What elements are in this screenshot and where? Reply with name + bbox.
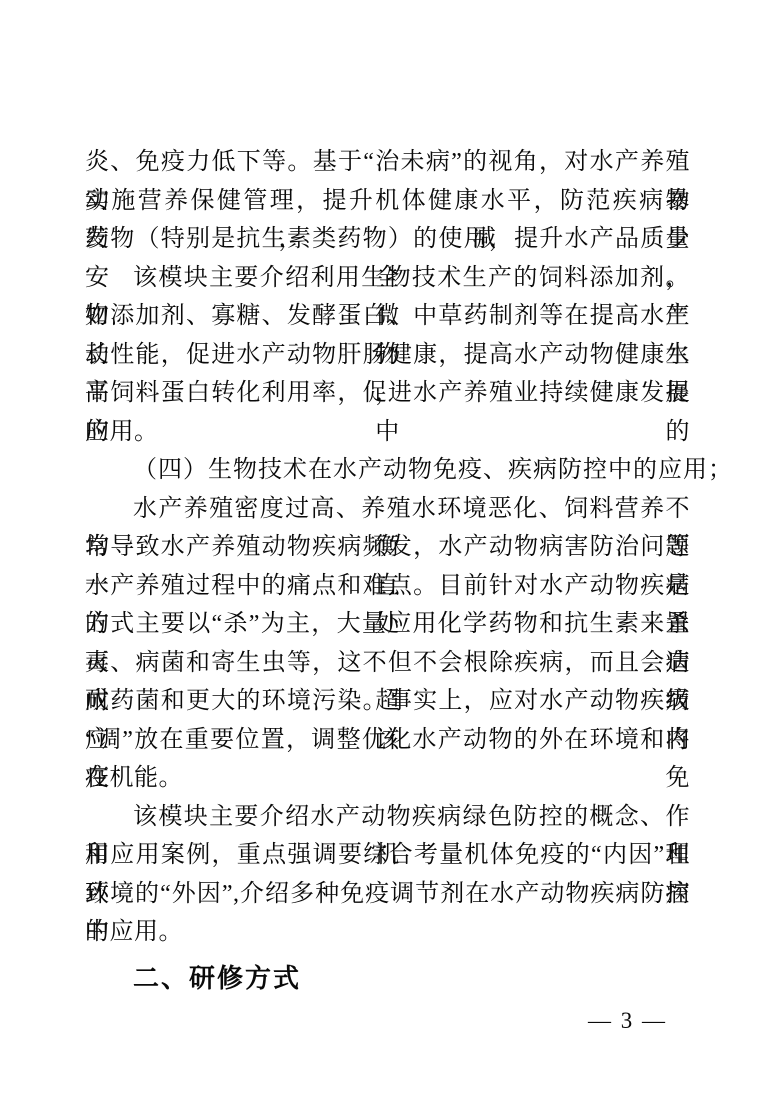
text-line: 和应用案例，重点强调要综合考量机体免疫的“内因”和致病 [85, 836, 690, 875]
text-line: 该模块主要介绍水产动物疾病绿色防控的概念、作用机理 [85, 798, 690, 837]
text-line: 长性能，促进水产动物肝肠健康，提高水产动物健康水平，提 [85, 336, 690, 375]
text-line: 方式主要以“杀”为主，大量应用化学药物和抗生素来杀灭病 [85, 605, 690, 644]
section-subheading: （四）生物技术在水产动物免疫、疾病防控中的应用； [85, 451, 690, 490]
text-line: 药物（特别是抗生素类药物）的使用，提升水产品质量安全。 [85, 220, 690, 259]
document-page: 炎、免疫力低下等。基于“治未病”的视角，对水产养殖动物 实施营养保健管理，提升机… [0, 0, 775, 1108]
text-line: 环境的“外因”,介绍多种免疫调节剂在水产动物疾病防控中 [85, 875, 690, 914]
text-line: “调”放在重要位置，调整优化水产动物的外在环境和内在免 [85, 721, 690, 760]
section-heading: 二、研修方式 [85, 959, 690, 998]
text-line: 毒、病菌和寄生虫等，这不但不会根除疾病，而且会造成超级 [85, 644, 690, 683]
text-line: 的应用。 [85, 913, 690, 952]
text-line: 常导致水产养殖动物疾病频发，水产动物病害防治问题一直是 [85, 528, 690, 567]
page-number: — 3 — [588, 1006, 667, 1036]
text-line: 高饲料蛋白转化利用率，促进水产养殖业持续健康发展的中的 [85, 374, 690, 413]
text-line: 水产养殖密度过高、养殖水环境恶化、饲料营养不均衡等 [85, 490, 690, 529]
text-line: 炎、免疫力低下等。基于“治未病”的视角，对水产养殖动物 [85, 143, 690, 182]
text-line: 实施营养保健管理，提升机体健康水平，防范疾病暴发，减少 [85, 182, 690, 221]
document-body: 炎、免疫力低下等。基于“治未病”的视角，对水产养殖动物 实施营养保健管理，提升机… [85, 143, 690, 997]
text-line: 水产养殖过程中的痛点和难点。目前针对水产动物疾病的处置 [85, 567, 690, 606]
text-line: 该模块主要介绍利用生物技术生产的饲料添加剂，如微生 [85, 259, 690, 298]
text-line: 物添加剂、寡糖、发酵蛋白、中草药制剂等在提高水产动物生 [85, 297, 690, 336]
text-line: 耐药菌和更大的环境污染。事实上，应对水产动物疾病应该将 [85, 682, 690, 721]
